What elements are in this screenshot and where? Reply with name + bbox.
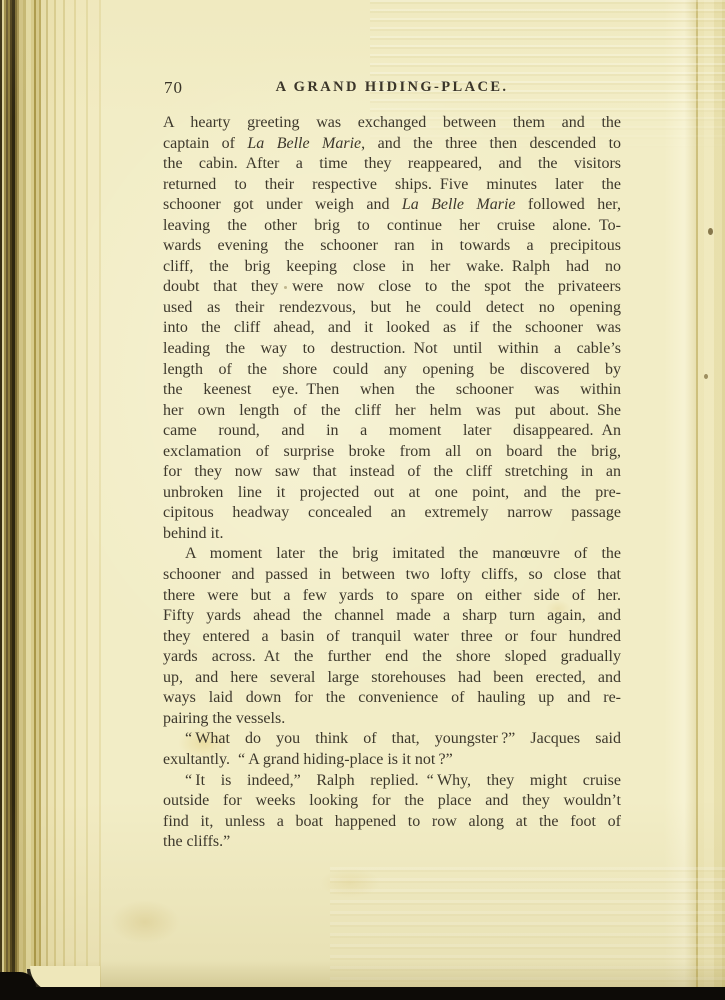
text-line: the keenest eye. Then when the schooner …: [163, 380, 621, 401]
text-line: pairing the vessels.: [163, 709, 621, 730]
text-block: A hearty greeting was exchanged between …: [163, 113, 621, 853]
page-header: 70 A GRAND HIDING-PLACE.: [163, 78, 621, 98]
foxing-stain: [110, 900, 180, 944]
text-line: “ What do you think of that, youngster ?…: [163, 729, 621, 750]
running-header: A GRAND HIDING-PLACE.: [163, 79, 621, 96]
text-line: outside for weeks looking for the place …: [163, 791, 621, 812]
page-curl-shading: [664, 0, 698, 987]
text-line: length of the shore could any opening be…: [163, 360, 621, 381]
bottom-page-shadow: [36, 961, 725, 987]
text-line: A moment later the brig imitated the man…: [163, 544, 621, 565]
text-line: A hearty greeting was exchanged between …: [163, 113, 621, 134]
text-line: doubt that they were now close to the sp…: [163, 277, 621, 298]
book-page-scan: 70 A GRAND HIDING-PLACE. A hearty greeti…: [0, 0, 725, 1000]
text-line: schooner and passed in between two lofty…: [163, 565, 621, 586]
text-line: for they now saw that instead of the cli…: [163, 462, 621, 483]
text-line: the cabin. After a time they reappeared,…: [163, 154, 621, 175]
text-line: the cliffs.”: [163, 832, 621, 853]
text-line: schooner got under weigh and La Belle Ma…: [163, 195, 621, 216]
text-line: yards across. At the further end the sho…: [163, 647, 621, 668]
text-line: came round, and in a moment later disapp…: [163, 421, 621, 442]
text-line: there were but a few yards to spare on e…: [163, 586, 621, 607]
text-line: leaving the other brig to continue her c…: [163, 216, 621, 237]
text-line: leading the way to destruction. Not unti…: [163, 339, 621, 360]
text-line: find it, unless a boat happened to row a…: [163, 812, 621, 833]
text-line: returned to their respective ships. Five…: [163, 175, 621, 196]
book-binding: [0, 0, 112, 1000]
text-line: “ It is indeed,” Ralph replied. “ Why, t…: [163, 771, 621, 792]
text-line: exclamation of surprise broke from all o…: [163, 442, 621, 463]
text-line: exultantly. “ A grand hiding-place is it…: [163, 750, 621, 771]
text-line: up, and here several large storehouses h…: [163, 668, 621, 689]
text-line: unbroken line it projected out at one po…: [163, 483, 621, 504]
text-line: cipitous headway concealed an extremely …: [163, 503, 621, 524]
scan-border-bottom: [0, 987, 725, 1000]
text-line: they entered a basin of tranquil water t…: [163, 627, 621, 648]
text-line: cliff, the brig keeping close in her wak…: [163, 257, 621, 278]
text-line: Fifty yards ahead the channel made a sha…: [163, 606, 621, 627]
text-line: ways laid down for the convenience of ha…: [163, 688, 621, 709]
text-line: wards evening the schooner ran in toward…: [163, 236, 621, 257]
text-line: captain of La Belle Marie, and the three…: [163, 134, 621, 155]
text-line: her own length of the cliff her helm was…: [163, 401, 621, 422]
foxing-stain: [320, 868, 380, 898]
text-line: into the cliff ahead, and it looked as i…: [163, 318, 621, 339]
text-line: behind it.: [163, 524, 621, 545]
text-line: used as their rendezvous, but he could d…: [163, 298, 621, 319]
page-right-edge: [696, 0, 725, 987]
